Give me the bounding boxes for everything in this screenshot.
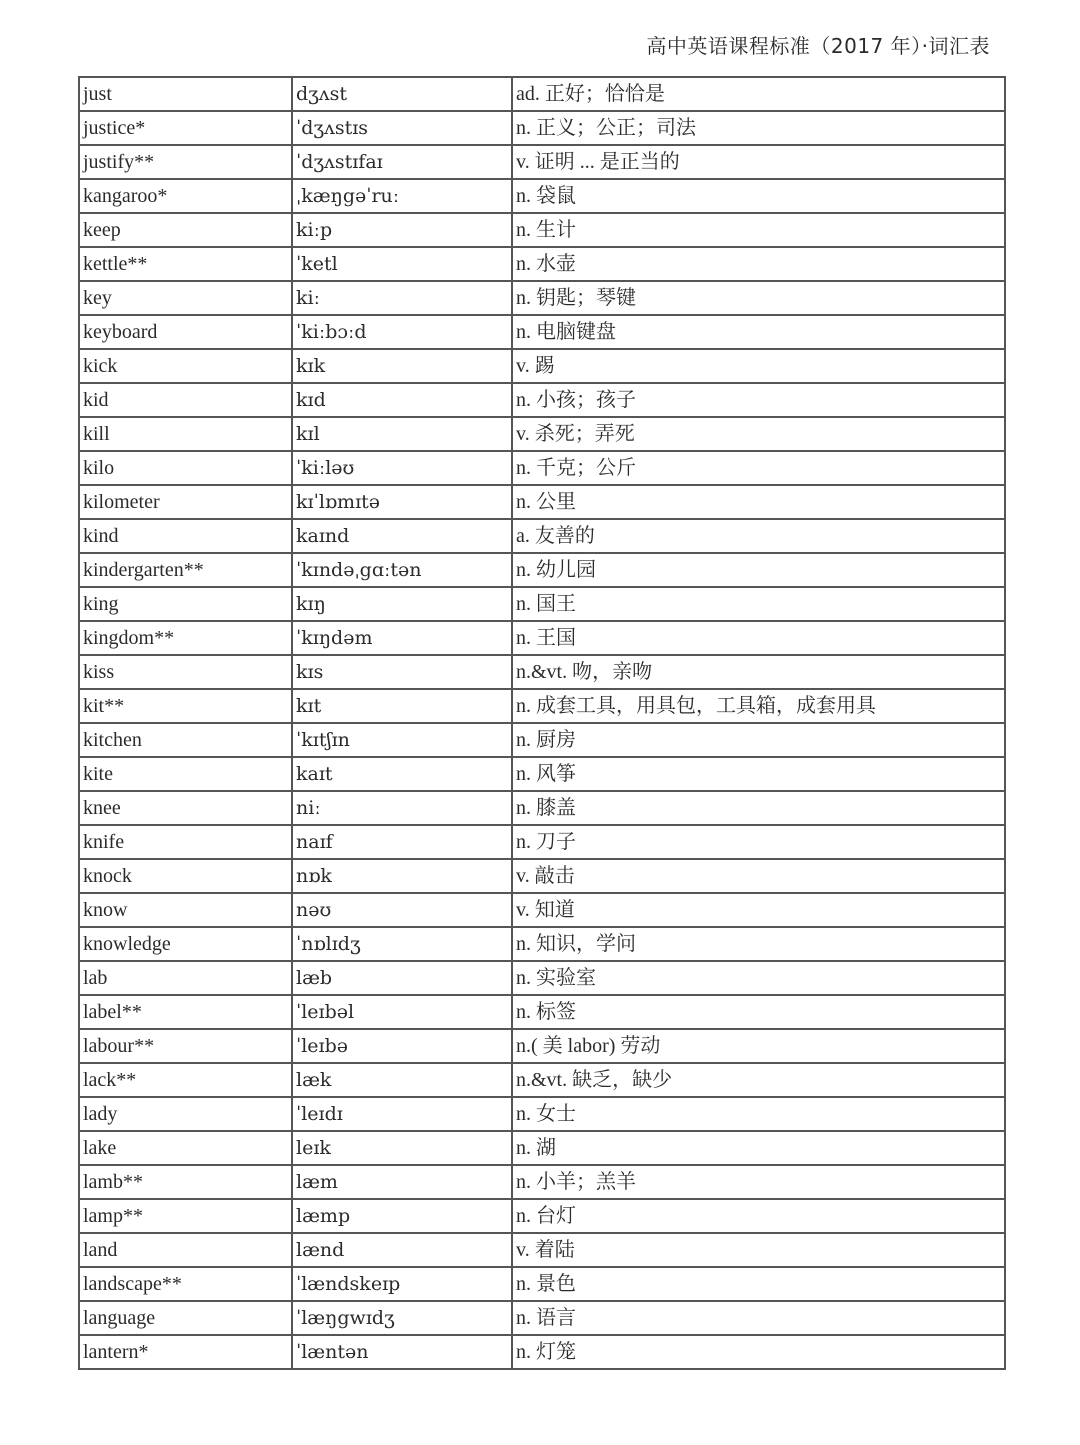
table-row: knownəʊv. 知道 [79, 893, 1005, 927]
word-cell: kangaroo* [79, 179, 292, 213]
phonetic-cell: kiː [292, 281, 512, 315]
table-row: kingkɪŋn. 国王 [79, 587, 1005, 621]
phonetic-cell: ˌkæŋgəˈruː [292, 179, 512, 213]
phonetic-cell: ˈleɪbə [292, 1029, 512, 1063]
phonetic-cell: ˈdʒʌstɪs [292, 111, 512, 145]
phonetic-cell: læk [292, 1063, 512, 1097]
meaning-cell: n. 千克；公斤 [512, 451, 1005, 485]
word-cell: kilo [79, 451, 292, 485]
table-row: justify**ˈdʒʌstɪfaɪv. 证明 ... 是正当的 [79, 145, 1005, 179]
meaning-cell: n. 国王 [512, 587, 1005, 621]
phonetic-cell: læmp [292, 1199, 512, 1233]
word-cell: kettle** [79, 247, 292, 281]
word-cell: kilometer [79, 485, 292, 519]
word-cell: king [79, 587, 292, 621]
table-row: kindkaɪnda. 友善的 [79, 519, 1005, 553]
phonetic-cell: ˈkiːbɔːd [292, 315, 512, 349]
meaning-cell: v. 杀死；弄死 [512, 417, 1005, 451]
table-row: kindergarten**ˈkɪndəˌgɑːtənn. 幼儿园 [79, 553, 1005, 587]
phonetic-cell: niː [292, 791, 512, 825]
word-cell: lantern* [79, 1335, 292, 1369]
meaning-cell: n.&vt. 吻，亲吻 [512, 655, 1005, 689]
word-cell: land [79, 1233, 292, 1267]
phonetic-cell: læb [292, 961, 512, 995]
table-row: kingdom**ˈkɪŋdəmn. 王国 [79, 621, 1005, 655]
phonetic-cell: lænd [292, 1233, 512, 1267]
phonetic-cell: ˈleɪbəl [292, 995, 512, 1029]
phonetic-cell: kɪk [292, 349, 512, 383]
phonetic-cell: ˈkɪŋdəm [292, 621, 512, 655]
vocabulary-table-body: justdʒʌstad. 正好；恰恰是justice*ˈdʒʌstɪsn. 正义… [79, 77, 1005, 1369]
phonetic-cell: kɪˈlɒmɪtə [292, 485, 512, 519]
table-row: lantern*ˈlæntənn. 灯笼 [79, 1335, 1005, 1369]
phonetic-cell: kɪd [292, 383, 512, 417]
meaning-cell: v. 着陆 [512, 1233, 1005, 1267]
word-cell: label** [79, 995, 292, 1029]
table-row: kitchenˈkɪtʃɪnn. 厨房 [79, 723, 1005, 757]
table-row: kneeniːn. 膝盖 [79, 791, 1005, 825]
word-cell: lady [79, 1097, 292, 1131]
table-row: keyboardˈkiːbɔːdn. 电脑键盘 [79, 315, 1005, 349]
word-cell: kit** [79, 689, 292, 723]
meaning-cell: n. 膝盖 [512, 791, 1005, 825]
table-row: knifenaɪfn. 刀子 [79, 825, 1005, 859]
meaning-cell: v. 知道 [512, 893, 1005, 927]
table-row: kickkɪkv. 踢 [79, 349, 1005, 383]
phonetic-cell: kɪs [292, 655, 512, 689]
table-row: kettle**ˈketln. 水壶 [79, 247, 1005, 281]
table-row: kitekaɪtn. 风筝 [79, 757, 1005, 791]
phonetic-cell: ˈleɪdɪ [292, 1097, 512, 1131]
table-row: knowledgeˈnɒlɪdʒn. 知识，学问 [79, 927, 1005, 961]
word-cell: lab [79, 961, 292, 995]
page-header-title: 高中英语课程标准（2017 年）·词汇表 [646, 30, 990, 59]
vocabulary-table: justdʒʌstad. 正好；恰恰是justice*ˈdʒʌstɪsn. 正义… [78, 76, 1006, 1370]
meaning-cell: n. 景色 [512, 1267, 1005, 1301]
meaning-cell: n. 王国 [512, 621, 1005, 655]
word-cell: kick [79, 349, 292, 383]
meaning-cell: n. 语言 [512, 1301, 1005, 1335]
word-cell: kingdom** [79, 621, 292, 655]
word-cell: kind [79, 519, 292, 553]
word-cell: language [79, 1301, 292, 1335]
word-cell: justice* [79, 111, 292, 145]
meaning-cell: v. 踢 [512, 349, 1005, 383]
meaning-cell: n. 风筝 [512, 757, 1005, 791]
meaning-cell: n. 知识，学问 [512, 927, 1005, 961]
table-row: lakeleɪkn. 湖 [79, 1131, 1005, 1165]
table-row: ladyˈleɪdɪn. 女士 [79, 1097, 1005, 1131]
phonetic-cell: ˈlæŋgwɪdʒ [292, 1301, 512, 1335]
table-row: justdʒʌstad. 正好；恰恰是 [79, 77, 1005, 111]
table-row: kilometerkɪˈlɒmɪtən. 公里 [79, 485, 1005, 519]
phonetic-cell: ˈketl [292, 247, 512, 281]
table-row: keepkiːpn. 生计 [79, 213, 1005, 247]
table-row: kidkɪdn. 小孩；孩子 [79, 383, 1005, 417]
table-row: lamb**læmn. 小羊；羔羊 [79, 1165, 1005, 1199]
phonetic-cell: kɪl [292, 417, 512, 451]
word-cell: knowledge [79, 927, 292, 961]
table-row: label**ˈleɪbəln. 标签 [79, 995, 1005, 1029]
table-row: languageˈlæŋgwɪdʒn. 语言 [79, 1301, 1005, 1335]
phonetic-cell: kɪt [292, 689, 512, 723]
word-cell: justify** [79, 145, 292, 179]
word-cell: keep [79, 213, 292, 247]
table-row: landscape**ˈlændskeɪpn. 景色 [79, 1267, 1005, 1301]
word-cell: labour** [79, 1029, 292, 1063]
table-row: labour**ˈleɪbən.( 美 labor) 劳动 [79, 1029, 1005, 1063]
meaning-cell: n. 厨房 [512, 723, 1005, 757]
word-cell: knee [79, 791, 292, 825]
phonetic-cell: ˈnɒlɪdʒ [292, 927, 512, 961]
meaning-cell: n. 生计 [512, 213, 1005, 247]
meaning-cell: n. 幼儿园 [512, 553, 1005, 587]
phonetic-cell: kaɪt [292, 757, 512, 791]
word-cell: kite [79, 757, 292, 791]
meaning-cell: n.&vt. 缺乏，缺少 [512, 1063, 1005, 1097]
meaning-cell: a. 友善的 [512, 519, 1005, 553]
word-cell: knife [79, 825, 292, 859]
word-cell: keyboard [79, 315, 292, 349]
phonetic-cell: leɪk [292, 1131, 512, 1165]
word-cell: kid [79, 383, 292, 417]
phonetic-cell: nɒk [292, 859, 512, 893]
word-cell: lamp** [79, 1199, 292, 1233]
phonetic-cell: kaɪnd [292, 519, 512, 553]
phonetic-cell: naɪf [292, 825, 512, 859]
meaning-cell: v. 敲击 [512, 859, 1005, 893]
meaning-cell: n. 湖 [512, 1131, 1005, 1165]
word-cell: kill [79, 417, 292, 451]
table-row: keykiːn. 钥匙；琴键 [79, 281, 1005, 315]
meaning-cell: n. 刀子 [512, 825, 1005, 859]
word-cell: just [79, 77, 292, 111]
meaning-cell: n. 成套工具，用具包，工具箱，成套用具 [512, 689, 1005, 723]
word-cell: lack** [79, 1063, 292, 1097]
phonetic-cell: kiːp [292, 213, 512, 247]
meaning-cell: n. 钥匙；琴键 [512, 281, 1005, 315]
meaning-cell: n. 水壶 [512, 247, 1005, 281]
meaning-cell: n. 小孩；孩子 [512, 383, 1005, 417]
table-row: kit**kɪtn. 成套工具，用具包，工具箱，成套用具 [79, 689, 1005, 723]
meaning-cell: n.( 美 labor) 劳动 [512, 1029, 1005, 1063]
phonetic-cell: ˈdʒʌstɪfaɪ [292, 145, 512, 179]
table-row: lamp**læmpn. 台灯 [79, 1199, 1005, 1233]
word-cell: lake [79, 1131, 292, 1165]
meaning-cell: ad. 正好；恰恰是 [512, 77, 1005, 111]
word-cell: know [79, 893, 292, 927]
meaning-cell: n. 标签 [512, 995, 1005, 1029]
meaning-cell: n. 女士 [512, 1097, 1005, 1131]
table-row: justice*ˈdʒʌstɪsn. 正义；公正；司法 [79, 111, 1005, 145]
meaning-cell: n. 台灯 [512, 1199, 1005, 1233]
phonetic-cell: dʒʌst [292, 77, 512, 111]
phonetic-cell: ˈlændskeɪp [292, 1267, 512, 1301]
table-row: knocknɒkv. 敲击 [79, 859, 1005, 893]
phonetic-cell: læm [292, 1165, 512, 1199]
table-row: lack**lækn.&vt. 缺乏，缺少 [79, 1063, 1005, 1097]
phonetic-cell: ˈlæntən [292, 1335, 512, 1369]
meaning-cell: n. 灯笼 [512, 1335, 1005, 1369]
table-row: killkɪlv. 杀死；弄死 [79, 417, 1005, 451]
table-row: kiloˈkiːləʊn. 千克；公斤 [79, 451, 1005, 485]
phonetic-cell: nəʊ [292, 893, 512, 927]
meaning-cell: n. 电脑键盘 [512, 315, 1005, 349]
meaning-cell: n. 正义；公正；司法 [512, 111, 1005, 145]
table-row: landlændv. 着陆 [79, 1233, 1005, 1267]
word-cell: kindergarten** [79, 553, 292, 587]
word-cell: landscape** [79, 1267, 292, 1301]
word-cell: lamb** [79, 1165, 292, 1199]
word-cell: kiss [79, 655, 292, 689]
phonetic-cell: ˈkiːləʊ [292, 451, 512, 485]
phonetic-cell: ˈkɪndəˌgɑːtən [292, 553, 512, 587]
meaning-cell: n. 公里 [512, 485, 1005, 519]
meaning-cell: n. 袋鼠 [512, 179, 1005, 213]
table-row: kangaroo*ˌkæŋgəˈruːn. 袋鼠 [79, 179, 1005, 213]
phonetic-cell: kɪŋ [292, 587, 512, 621]
table-row: lablæbn. 实验室 [79, 961, 1005, 995]
meaning-cell: n. 实验室 [512, 961, 1005, 995]
phonetic-cell: ˈkɪtʃɪn [292, 723, 512, 757]
word-cell: kitchen [79, 723, 292, 757]
meaning-cell: n. 小羊；羔羊 [512, 1165, 1005, 1199]
word-cell: knock [79, 859, 292, 893]
meaning-cell: v. 证明 ... 是正当的 [512, 145, 1005, 179]
word-cell: key [79, 281, 292, 315]
table-row: kisskɪsn.&vt. 吻，亲吻 [79, 655, 1005, 689]
